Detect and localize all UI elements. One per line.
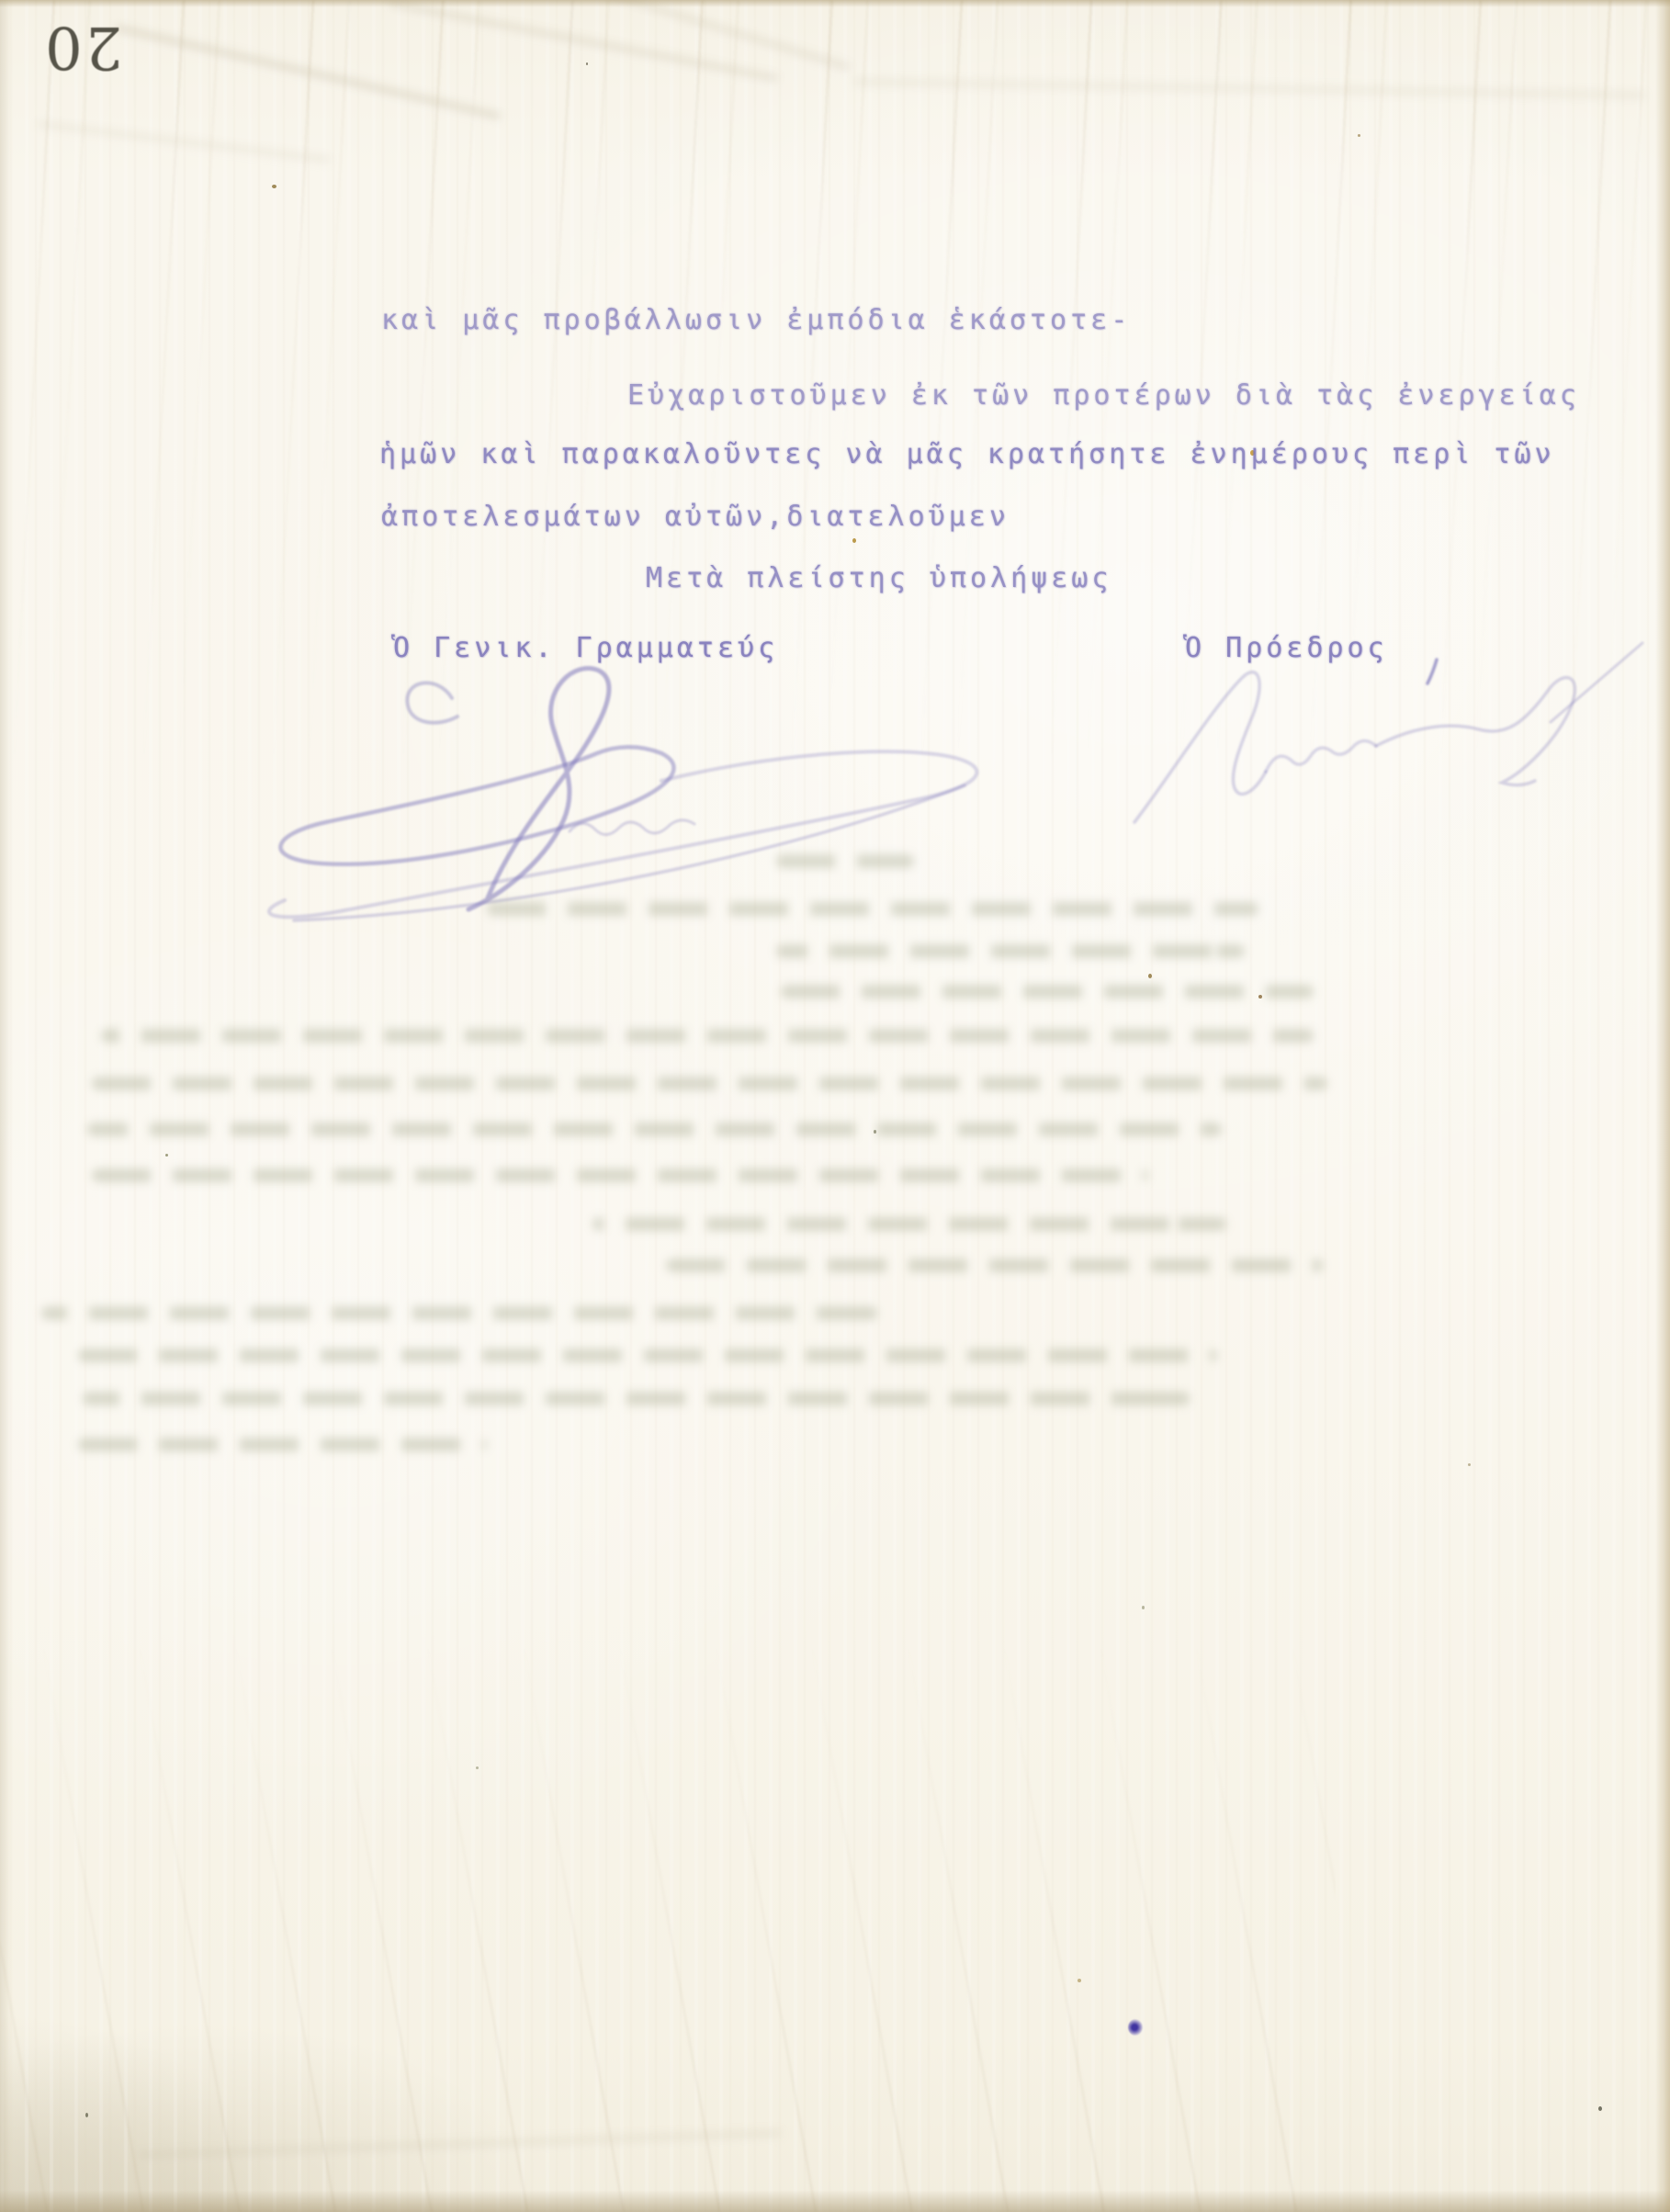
stain-speck	[1148, 974, 1152, 978]
body-line: ἡμῶν καὶ παρακαλοῦντες νὰ μᾶς κρατήσητε …	[379, 438, 1555, 470]
paper-crease	[138, 2129, 781, 2160]
bleedthrough-line	[92, 1077, 1327, 1090]
secretary-signature	[257, 643, 992, 928]
ink-dot	[1128, 2019, 1143, 2036]
paper-crease	[38, 120, 331, 164]
stain-speck	[852, 538, 856, 543]
stain-speck	[272, 185, 276, 188]
stain-speck	[85, 2113, 88, 2117]
bleedthrough-line	[87, 1123, 1222, 1136]
stain-speck	[165, 1154, 168, 1157]
stain-speck	[586, 62, 588, 65]
page-number-stamp: 20	[42, 13, 122, 81]
bleedthrough-line	[83, 1392, 1190, 1405]
scan-edge-left	[0, 0, 11, 2212]
body-line: καὶ μᾶς προβάλλωσιν ἐμπόδια ἑκάστοτε-	[381, 304, 1131, 336]
bleedthrough-line	[41, 1306, 877, 1320]
body-line: ἀποτελεσμάτων αὐτῶν,διατελοῦμεν	[381, 501, 1010, 533]
bleedthrough-line	[776, 854, 914, 868]
bleedthrough-line	[101, 1029, 1314, 1043]
president-signature	[1047, 634, 1663, 845]
bleedthrough-line	[78, 1438, 487, 1451]
scan-edge-bottom	[0, 2190, 1670, 2212]
stain-speck	[476, 1766, 479, 1769]
closing-line: Μετὰ πλείστης ὑπολήψεως	[646, 562, 1111, 594]
paper-crease	[389, 0, 778, 83]
bleedthrough-line	[78, 1349, 1217, 1362]
body-line: Εὐχαριστοῦμεν ἐκ τῶν προτέρων διὰ τὰς ἐν…	[627, 379, 1580, 412]
paper-crease	[854, 77, 1644, 99]
paper-crease	[602, 0, 850, 72]
stain-speck	[1358, 134, 1360, 137]
stain-speck	[1468, 1463, 1471, 1466]
bleedthrough-line	[592, 1217, 1226, 1231]
paper-crease	[114, 24, 501, 120]
bleedthrough-line	[92, 1168, 1148, 1182]
scanned-letter-page: 20 καὶ μᾶς προβάλλωσιν ἐμπόδια ἑκάστοτε-…	[0, 0, 1670, 2212]
stain-speck	[1598, 2106, 1602, 2111]
scan-edge-top	[0, 0, 1670, 7]
stain-speck	[1078, 1979, 1081, 1982]
scan-edge-right	[1655, 0, 1670, 2212]
bleedthrough-line	[487, 902, 1258, 916]
stain-speck	[1142, 1606, 1145, 1609]
bleedthrough-line	[776, 944, 1245, 958]
bottom-wrinkle-texture	[0, 1514, 1336, 2212]
bleedthrough-line	[666, 1258, 1323, 1272]
bleedthrough-line	[781, 985, 1314, 999]
